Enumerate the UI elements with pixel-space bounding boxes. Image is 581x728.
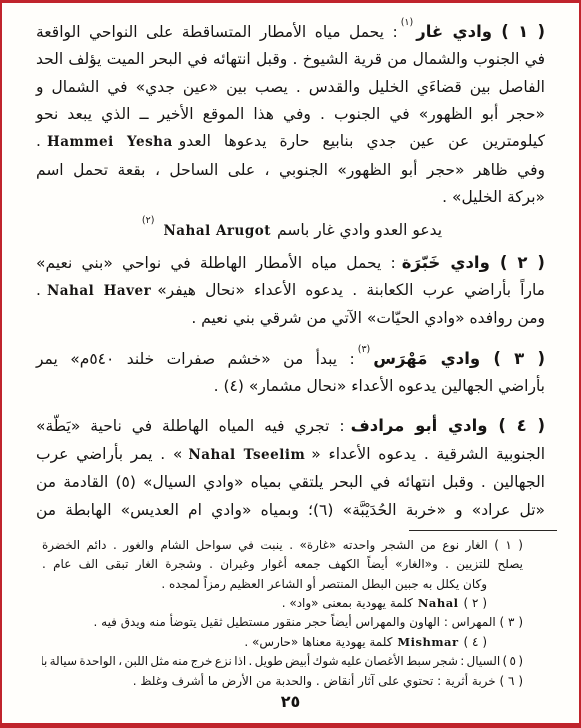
text-line: الجنوبية الشرقية . يدعوه الأعداء «Nahal … — [36, 441, 545, 469]
line-text: الجنوبية الشرقية . يدعوه الأعداء « — [311, 445, 545, 463]
heading-rest: : تجري فيه المياه الهاطلة في ناحية «يَطّ… — [36, 418, 345, 436]
text-line: ماراً بأراضي عرب الكعابنة . يدعوه الأعدا… — [36, 277, 545, 305]
latin-name: Nahal Tseelim — [188, 447, 305, 463]
line-text: » . يمر بأراضي عرب — [36, 445, 182, 463]
footnote-4: ( ٤ )Mishmarكلمة يهودية معناها «حارس» . — [42, 633, 523, 652]
footnote-ref: (١) — [401, 17, 414, 28]
latin-name: Nahal — [418, 596, 459, 610]
footnote-ref: (٢) — [142, 215, 155, 226]
line-text: . — [36, 132, 41, 150]
text-line: ( ٢ ) وادي خَبّرَة: يحمل مياه الأمطار ال… — [36, 246, 545, 277]
line-text: كيلومترين عن عين جدي بنابيع حارة يدعوها … — [179, 132, 545, 150]
heading-rest: : يحمل مياه الأمطار المتساقطة على النواح… — [36, 23, 398, 41]
text-line: ( ١ ) وادي غار(١): يحمل مياه الأمطار الم… — [36, 15, 545, 46]
footnote-1-line-3: وكان يكلل به جبين البطل المنتصر أو الشاع… — [42, 575, 523, 594]
footnotes: ( ١ ) الغار نوع من الشجر واحدته «غارة» .… — [2, 536, 579, 691]
text-line: ( ٤ ) وادي أبو مرادف: تجري فيه المياه ال… — [36, 409, 545, 440]
text-line: «بركة الخليل» . — [36, 184, 545, 211]
footnote-6: ( ٦ ) خربة أثرية : تحتوي على آثار أنقاض … — [42, 672, 523, 691]
latin-name: Nahal Haver — [47, 283, 151, 299]
text-line: كيلومترين عن عين جدي بنابيع حارة يدعوها … — [36, 128, 545, 156]
footnote-separator — [409, 530, 557, 531]
book-page: ( ١ ) وادي غار(١): يحمل مياه الأمطار الم… — [0, 0, 581, 728]
footnote-3: ( ٣ ) المهراس : الهاون والمهراس أيضاً حج… — [42, 613, 523, 632]
text-line: الفاصل بين قضاءَي الخليل والقدس . يصب بي… — [36, 74, 545, 101]
text-line: ( ٣ ) وادي مَهْرَس(٣): يبدأ من «خشم صفرا… — [36, 342, 545, 373]
page-number: ٢٥ — [2, 692, 579, 711]
text-line: وفي ظاهر «حجر أبو الظهور» الجنوبي ، على … — [36, 157, 545, 184]
footnote-number: ( ٢ ) — [464, 596, 487, 610]
text-line: بأراضي الجهالين يدعوه الأعداء «نحال مشما… — [36, 373, 545, 400]
arugot-note-line: يدعو العدو وادي غار باسمNahal Arugot(٢) — [36, 213, 545, 245]
footnote-text: كلمة يهودية بمعنى «واد» . — [282, 596, 413, 610]
text-line: «تل عراد» و «خربة الحُدَيْبَّة» (٦)؛ وبم… — [36, 497, 545, 524]
footnote-5: ( ٥ ) السيال : شجر سبط الأغصان عليه شوك … — [42, 652, 523, 671]
main-text: ( ١ ) وادي غار(١): يحمل مياه الأمطار الم… — [2, 3, 579, 524]
paragraph-wadi-khabbara: ( ٢ ) وادي خَبّرَة: يحمل مياه الأمطار ال… — [36, 246, 545, 333]
line-text: ماراً بأراضي عرب الكعابنة . يدعوه الأعدا… — [157, 281, 545, 299]
heading-rest: : يبدأ من «خشم صفرات خلند ٥٤٠م» يمر — [36, 350, 355, 368]
paragraph-wadi-abu-muradif: ( ٤ ) وادي أبو مرادف: تجري فيه المياه ال… — [36, 409, 545, 523]
line-text: يدعو العدو وادي غار باسم — [277, 221, 442, 239]
latin-name: Mishmar — [397, 635, 458, 649]
footnote-number: ( ٤ ) — [464, 635, 487, 649]
text-line: الجهالين . وقبل انتهائه في البحر يلتقي ب… — [36, 469, 545, 496]
wadi-heading: ( ٣ ) وادي مَهْرَس — [373, 349, 545, 368]
text-line: «حجر أبو الظهور» في الجنوب . وفي هذا الم… — [36, 101, 545, 128]
text-line: في الجنوب والشمال من قرية الشيوخ . وقبل … — [36, 46, 545, 73]
heading-rest: : يحمل مياه الأمطار الهاطلة في نواحي «بن… — [36, 254, 396, 272]
text-line: ومن روافده «وادي الحيّات» الآتي من شرقي … — [36, 305, 545, 332]
footnote-ref: (٣) — [358, 344, 371, 355]
paragraph-wadi-ghar: ( ١ ) وادي غار(١): يحمل مياه الأمطار الم… — [36, 15, 545, 211]
footnote-1-line-1: ( ١ ) الغار نوع من الشجر واحدته «غارة» .… — [42, 536, 523, 555]
footnote-2: ( ٢ )Nahalكلمة يهودية بمعنى «واد» . — [42, 594, 523, 613]
line-text: . — [36, 281, 41, 299]
wadi-heading: ( ٤ ) وادي أبو مرادف — [351, 417, 545, 436]
wadi-heading: ( ٢ ) وادي خَبّرَة — [402, 253, 545, 272]
latin-name: Nahal Arugot — [163, 223, 271, 239]
paragraph-wadi-mahras: ( ٣ ) وادي مَهْرَس(٣): يبدأ من «خشم صفرا… — [36, 342, 545, 401]
wadi-heading: ( ١ ) وادي غار — [416, 22, 545, 41]
latin-name: Hammei Yesha — [47, 134, 173, 150]
footnote-1-line-2: يصلح للتزيين . و«الغار» أيضاً الكهف جمعه… — [42, 555, 523, 574]
footnote-text: كلمة يهودية معناها «حارس» . — [244, 635, 392, 649]
